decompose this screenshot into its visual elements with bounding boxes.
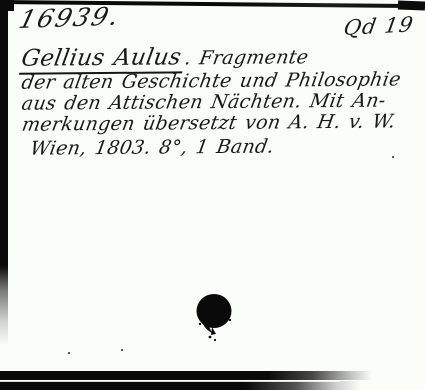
- catalog-card: 16939. Qd 19 Gellius Aulus. Fragmente de…: [0, 0, 425, 390]
- card-left-edge: [0, 0, 8, 345]
- card-bottom-seam: [0, 380, 340, 382]
- scan-speck: [121, 349, 123, 351]
- imprint-line: Wien, 1803. 8°, 1 Band.: [28, 135, 425, 159]
- entry-line: merkungen übersetzt von A. H. v. W.: [20, 111, 425, 136]
- entry-heading-line: Gellius Aulus. Fragmente: [20, 45, 425, 71]
- card-top-right-corner: [398, 1, 425, 11]
- entry-text: Gellius Aulus. Fragmente der alten Gesch…: [20, 45, 423, 160]
- scan-speck: [68, 352, 70, 354]
- shelfmark: Qd 19: [342, 12, 416, 40]
- title-start: . Fragmente: [183, 46, 310, 69]
- accession-number: 16939.: [16, 2, 124, 34]
- punch-hole: [186, 290, 248, 346]
- card-bottom-edge-shadow: [0, 381, 360, 390]
